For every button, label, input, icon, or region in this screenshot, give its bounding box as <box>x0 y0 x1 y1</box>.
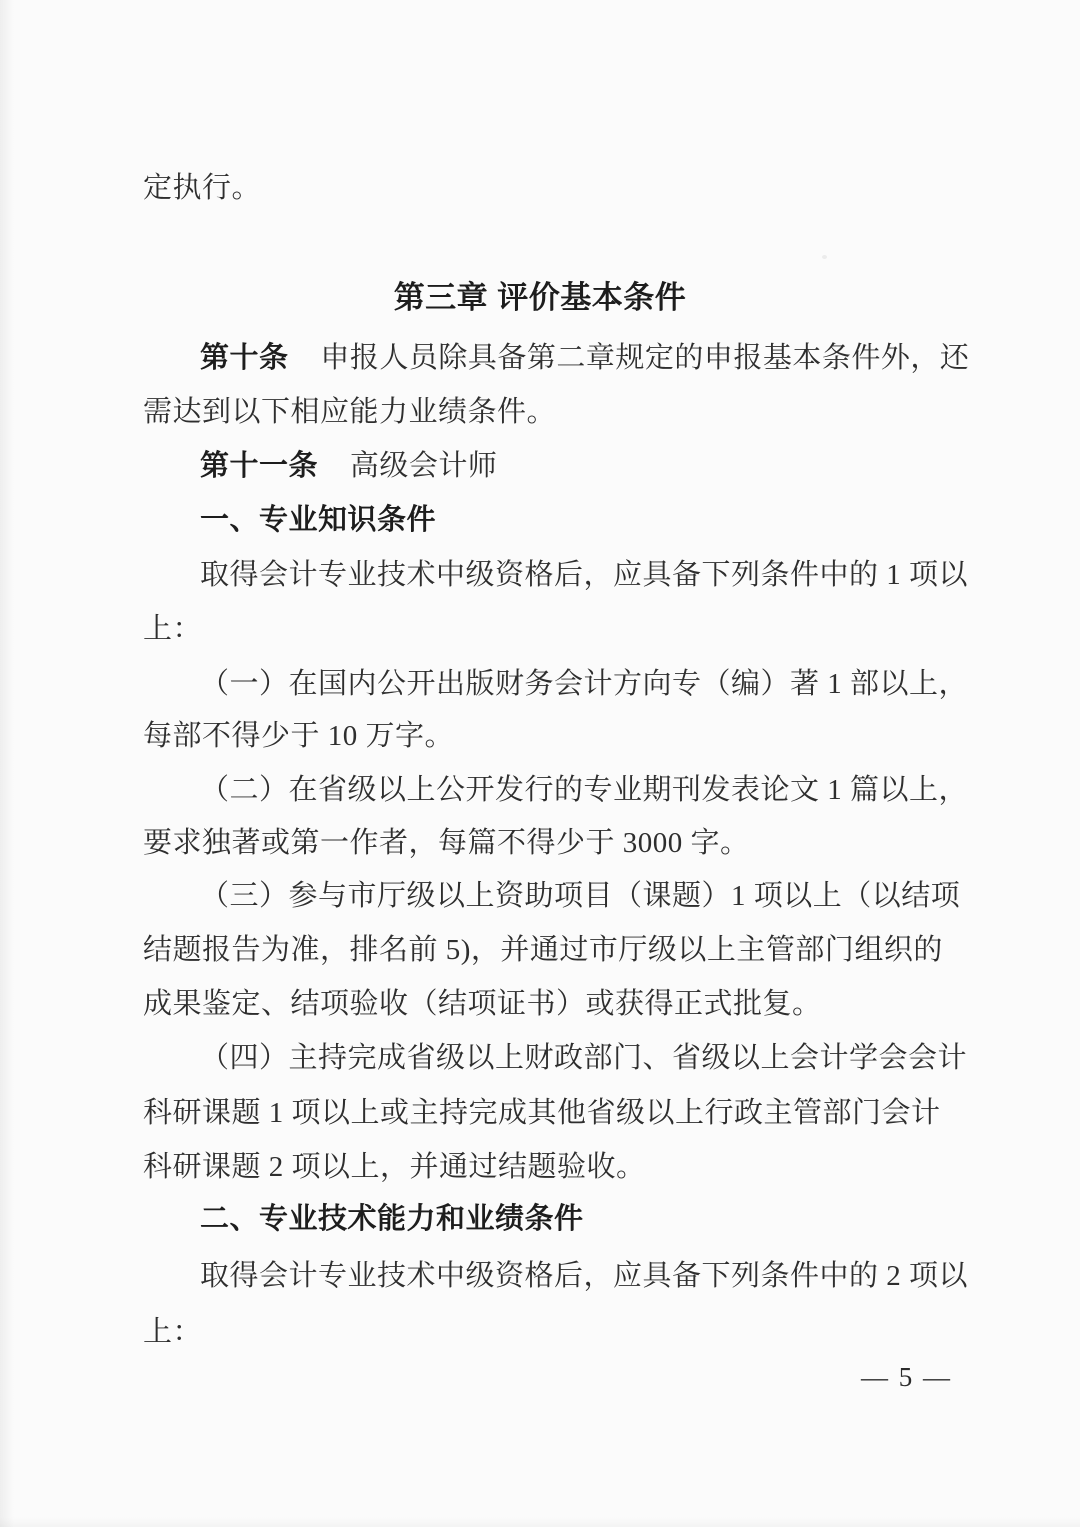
article-10-line: 第十条申报人员除具备第二章规定的申报基本条件外，还 <box>143 340 984 376</box>
body-line: 科研课题 2 项以上，并通过结题验收。 <box>143 1149 984 1185</box>
body-line: 上： <box>143 611 984 647</box>
body-line: 定执行。 <box>143 170 984 206</box>
body-line: 需达到以下相应能力业绩条件。 <box>143 394 984 430</box>
article-text: 申报人员除具备第二章规定的申报基本条件外，还 <box>320 342 969 374</box>
section-heading-1: 一、专业知识条件 <box>143 502 984 538</box>
item-1-line: （一）在国内公开出版财务会计方向专（编）著 1 部以上， <box>143 666 984 702</box>
body-line: 取得会计专业技术中级资格后，应具备下列条件中的 2 项以 <box>143 1258 984 1294</box>
page-number: — 5 — <box>861 1362 952 1393</box>
body-line: 要求独著或第一作者，每篇不得少于 3000 字。 <box>143 825 984 861</box>
body-line: 取得会计专业技术中级资格后，应具备下列条件中的 1 项以 <box>143 557 984 593</box>
article-number: 第十一条 <box>200 450 318 482</box>
chapter-heading: 第三章 评价基本条件 <box>0 280 1080 316</box>
scan-artifact <box>822 255 827 259</box>
item-4-line: （四）主持完成省级以上财政部门、省级以上会计学会会计 <box>143 1040 984 1076</box>
body-line: 每部不得少于 10 万字。 <box>143 718 984 754</box>
body-line: 上： <box>143 1314 984 1350</box>
item-2-line: （二）在省级以上公开发行的专业期刊发表论文 1 篇以上， <box>143 772 984 808</box>
section-heading-2: 二、专业技术能力和业绩条件 <box>143 1201 984 1237</box>
article-11-line: 第十一条高级会计师 <box>143 448 984 484</box>
article-text: 高级会计师 <box>350 450 498 482</box>
document-page: 定执行。 第三章 评价基本条件 第十条申报人员除具备第二章规定的申报基本条件外，… <box>0 0 1080 1527</box>
article-number: 第十条 <box>200 342 289 374</box>
body-line: 结题报告为准，排名前 5)，并通过市厅级以上主管部门组织的 <box>143 932 984 968</box>
body-line: 科研课题 1 项以上或主持完成其他省级以上行政主管部门会计 <box>143 1095 984 1131</box>
item-3-line: （三）参与市厅级以上资助项目（课题）1 项以上（以结项 <box>143 878 984 914</box>
body-line: 成果鉴定、结项验收（结项证书）或获得正式批复。 <box>143 986 984 1022</box>
